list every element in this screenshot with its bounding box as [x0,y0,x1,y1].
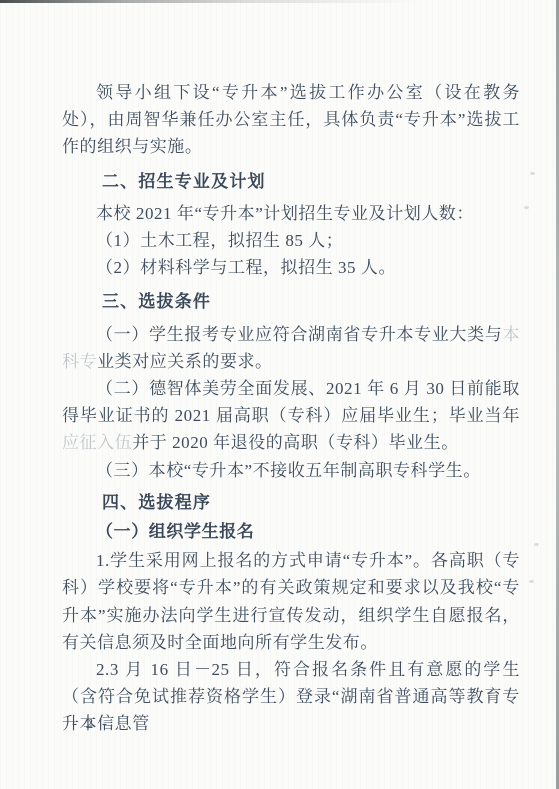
paragraph-condition-2: （二）德智体美劳全面发展、2021 年 6 月 30 日前能取得毕业证书的 20… [62,375,520,457]
scan-speck [534,543,539,546]
subheading-organize-registration: （一）组织学生报名 [62,518,520,545]
condition-2-faded-text: 应征入伍 [62,433,132,452]
scan-speck [524,206,529,209]
condition-2-text: （二）德智体美劳全面发展、2021 年 6 月 30 日前能取得毕业证书的 20… [62,379,520,425]
paragraph-registration-step-1: 1.学生采用网上报名的方式申请“专升本”。各高职（专科）学校要将“专升本”的有关… [62,547,520,656]
paragraph-condition-3: （三）本校“专升本”不接收五年制高职专科学生。 [62,457,520,484]
condition-1-text: （一）学生报考专业应符合湖南省专升本专业大类与 [96,325,502,344]
heading-section-4-procedure: 四、选拔程序 [62,489,520,516]
scan-speck [529,580,534,583]
document-body: 领导小组下设“专升本”选拔工作办公室（设在教务处），由周智华兼任办公室主任，具体… [62,79,520,738]
condition-1-text-rest: 业类对应关系的要求。 [97,352,273,371]
heading-section-2-enrollment: 二、招生专业及计划 [62,168,520,195]
scan-speck [530,172,535,175]
scan-artifact-top-edge [0,0,420,3]
condition-2-text-rest: 并于 2020 年退役的高职（专科）毕业生。 [132,433,459,452]
list-item-civil-engineering: （1）土木工程，拟招生 85 人； [62,227,520,254]
paragraph-plan-intro: 本校 2021 年“专升本”计划招生专业及计划人数： [62,200,520,227]
paragraph-office-setup: 领导小组下设“专升本”选拔工作办公室（设在教务处），由周智华兼任办公室主任，具体… [62,79,520,161]
page-number: - 2 - [72,716,110,733]
paragraph-condition-1: （一）学生报考专业应符合湖南省专升本专业大类与本科专业类对应关系的要求。 [62,321,520,375]
paragraph-registration-step-2: 2.3 月 16 日－25 日，符合报名条件且有意愿的学生（含符合免试推荐资格学… [62,656,520,738]
scanned-document-page: 领导小组下设“专升本”选拔工作办公室（设在教务处），由周智华兼任办公室主任，具体… [0,0,559,789]
list-item-materials-science: （2）材料科学与工程，拟招生 35 人。 [62,254,520,281]
heading-section-3-conditions: 三、选拔条件 [62,288,520,315]
